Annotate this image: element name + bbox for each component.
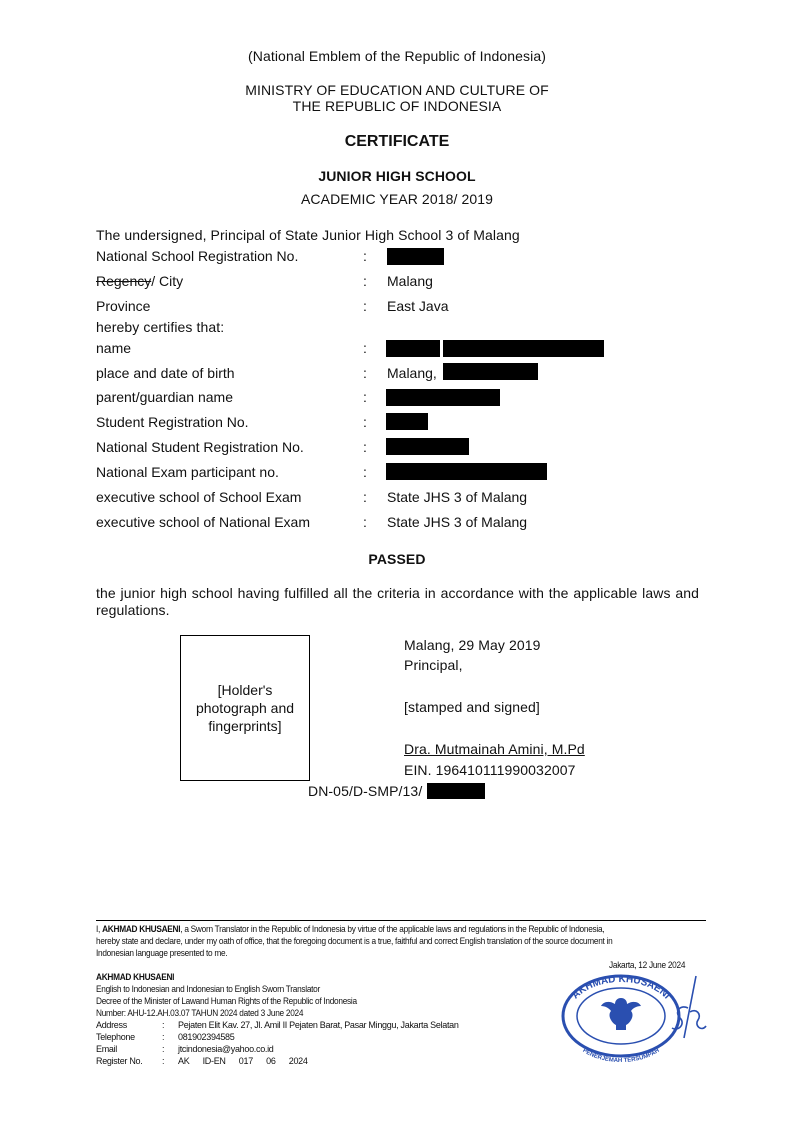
field-national-student-registration: National Student Registration No. : [96, 439, 716, 459]
field-colon: : [363, 489, 367, 505]
field-value: Malang, [387, 365, 437, 381]
school-level: JUNIOR HIGH SCHOOL [0, 168, 794, 184]
principal-name: Dra. Mutmainah Amini, M.Pd [404, 741, 585, 757]
field-label: National School Registration No. [96, 248, 298, 264]
field-colon: : [363, 273, 367, 289]
photo-placeholder-text: [Holder's photograph and fingerprints] [190, 681, 300, 735]
field-colon: : [363, 340, 367, 356]
translator-credential-3: Number: AHU-12.AH.03.07 TAHUN 2024 dated… [96, 1007, 303, 1019]
field-colon: : [363, 439, 367, 455]
field-province: Province : East Java [96, 298, 716, 318]
redaction-box [386, 438, 469, 455]
field-name: name : [96, 340, 716, 360]
label-rest: / City [151, 273, 183, 289]
certifies-text: hereby certifies that: [96, 319, 224, 335]
signature-place-date: Malang, 29 May 2019 [404, 637, 541, 653]
signature-role: Principal, [404, 657, 463, 673]
field-school-registration: National School Registration No. : [96, 248, 716, 268]
translator-credential-1: English to Indonesian and Indonesian to … [96, 983, 320, 995]
field-label: executive school of School Exam [96, 489, 301, 505]
contact-label: Email [96, 1043, 117, 1055]
contact-colon: : [162, 1019, 164, 1031]
photo-placeholder-box: [Holder's photograph and fingerprints] [180, 635, 310, 781]
contact-colon: : [162, 1043, 164, 1055]
contact-colon: : [162, 1031, 164, 1043]
field-colon: : [363, 514, 367, 530]
translator-stamp-icon: AKHMAD KHUSAENI PENERJEMAH TERSUMPAH [558, 968, 708, 1064]
redaction-box [386, 340, 440, 357]
redaction-box [443, 340, 604, 357]
redaction-box [386, 463, 547, 480]
statement-text: the junior high school having fulfilled … [96, 585, 699, 619]
declaration-line-1: I, AKHMAD KHUSAENI, a Sworn Translator i… [96, 923, 703, 935]
field-colon: : [363, 389, 367, 405]
redaction-box [427, 783, 485, 799]
field-school-exam: executive school of School Exam : State … [96, 489, 716, 509]
document-number: DN-05/D-SMP/13/ [308, 783, 422, 799]
contact-colon: : [162, 1055, 164, 1067]
field-colon: : [363, 414, 367, 430]
declaration-line-3: Indonesian language presented to me. [96, 947, 703, 959]
declaration-name: AKHMAD KHUSAENI [102, 924, 180, 934]
field-national-exam-no: National Exam participant no. : [96, 464, 716, 484]
field-regency-city: Regency/ City : Malang [96, 273, 716, 293]
field-birth: place and date of birth : Malang, [96, 365, 716, 385]
translator-credential-2: Decree of the Minister of Lawand Human R… [96, 995, 357, 1007]
intro-text: The undersigned, Principal of State Juni… [96, 227, 520, 243]
field-value: State JHS 3 of Malang [387, 514, 527, 530]
redaction-box [386, 389, 500, 406]
declaration-rest: , a Sworn Translator in the Republic of … [180, 924, 604, 934]
field-colon: : [363, 298, 367, 314]
contact-label: Register No. [96, 1055, 142, 1067]
translator-name: AKHMAD KHUSAENI [96, 971, 174, 983]
contact-value: Pejaten Elit Kav. 27, Jl. Amil II Pejate… [178, 1019, 459, 1031]
field-value: East Java [387, 298, 448, 314]
field-label: executive school of National Exam [96, 514, 310, 530]
redaction-box [443, 363, 538, 380]
document-number-prefix: DN-05/D-SMP/13/ [308, 783, 422, 799]
field-value: Malang [387, 273, 433, 289]
contact-value: AK ID-EN 017 06 2024 [178, 1055, 308, 1067]
field-label: name [96, 340, 131, 356]
result-passed: PASSED [0, 551, 794, 567]
field-colon: : [363, 464, 367, 480]
ministry-line-1: MINISTRY OF EDUCATION AND CULTURE OF [0, 82, 794, 98]
field-national-exam-school: executive school of National Exam : Stat… [96, 514, 716, 534]
field-colon: : [363, 248, 367, 264]
field-label: National Exam participant no. [96, 464, 279, 480]
redaction-box [386, 413, 428, 430]
field-label: place and date of birth [96, 365, 235, 381]
field-value: State JHS 3 of Malang [387, 489, 527, 505]
contact-label: Address [96, 1019, 127, 1031]
principal-ein: EIN. 196410111990032007 [404, 762, 576, 778]
stamp-note: [stamped and signed] [404, 699, 540, 715]
footer-divider [96, 920, 706, 921]
field-label: National Student Registration No. [96, 439, 304, 455]
field-colon: : [363, 365, 367, 381]
field-label: Province [96, 298, 150, 314]
declaration-line-2: hereby state and declare, under my oath … [96, 935, 703, 947]
field-label: Student Registration No. [96, 414, 249, 430]
academic-year: ACADEMIC YEAR 2018/ 2019 [0, 191, 794, 207]
struck-label: Regency [96, 273, 151, 289]
redaction-box [387, 248, 444, 265]
contact-value: jtcindonesia@yahoo.co.id [178, 1043, 274, 1055]
field-student-registration: Student Registration No. : [96, 414, 716, 434]
field-parent: parent/guardian name : [96, 389, 716, 409]
contact-label: Telephone [96, 1031, 135, 1043]
certificate-title: CERTIFICATE [0, 133, 794, 151]
field-label: parent/guardian name [96, 389, 233, 405]
field-label: Regency/ City [96, 273, 183, 289]
emblem-note: (National Emblem of the Republic of Indo… [0, 48, 794, 64]
contact-value: 081902394585 [178, 1031, 234, 1043]
ministry-line-2: THE REPUBLIC OF INDONESIA [0, 98, 794, 114]
